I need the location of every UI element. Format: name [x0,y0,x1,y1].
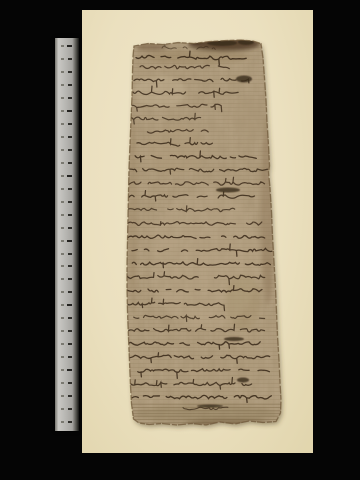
discoloration-patch [141,50,251,64]
discoloration-patch [232,98,268,142]
ink-blot [224,337,244,341]
ink-blot [237,378,249,383]
discoloration-patch [128,105,138,315]
discoloration-patch [146,125,206,175]
ink-blot [216,188,240,193]
ink-blot [236,76,252,83]
archival-photo [0,0,360,480]
manuscript-fragment [0,0,360,480]
discoloration-patch [225,274,261,330]
ink-blot [197,405,223,408]
